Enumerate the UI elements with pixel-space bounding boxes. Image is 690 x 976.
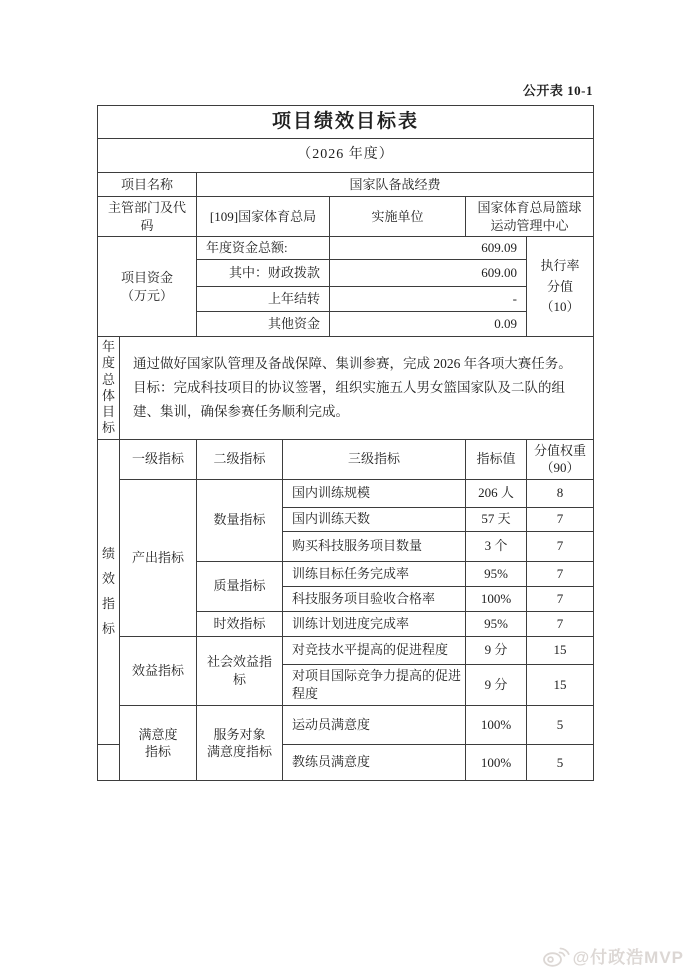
header-level2: 二级指标: [197, 439, 283, 479]
indicator-weight: 7: [527, 531, 594, 561]
header-level1: 一级指标: [120, 439, 197, 479]
project-name-label: 项目名称: [98, 173, 197, 197]
funds-carryover-label: 上年结转: [197, 287, 330, 312]
level1-benefit: 效益指标: [120, 636, 197, 705]
level2-social-benefit: 社会效益指 标: [197, 636, 283, 705]
department-label: 主管部门及代 码: [98, 197, 197, 237]
implementing-unit-label: 实施单位: [330, 197, 466, 237]
watermark-text: @付政浩MVP: [573, 943, 684, 968]
side-column-spacer: [98, 745, 120, 781]
document-page: 公开表 10-1 项目绩效目标表 （2026 年度） 项目名称 国家队备战经费 …: [0, 0, 690, 976]
indicator-weight: 7: [527, 507, 594, 531]
indicator-weight: 8: [527, 479, 594, 507]
indicator-value: 3 个: [466, 531, 527, 561]
corner-label: 公开表 10-1: [523, 80, 593, 99]
indicator-name: 国内训练规模: [283, 479, 466, 507]
indicator-value: 100%: [466, 745, 527, 781]
project-name-value: 国家队备战经费: [197, 173, 594, 197]
indicator-value: 95%: [466, 611, 527, 636]
indicator-weight: 15: [527, 636, 594, 664]
indicator-value: 9 分: [466, 636, 527, 664]
table-year: （2026 年度）: [98, 139, 594, 173]
indicator-name: 运动员满意度: [283, 706, 466, 745]
level2-quality: 质量指标: [197, 561, 283, 611]
watermark: @付政浩MVP: [542, 943, 684, 968]
funds-total-label: 年度资金总额:: [197, 237, 330, 260]
indicator-row: 效益指标 社会效益指 标 对竞技水平提高的促进程度 9 分 15: [98, 636, 594, 664]
funds-total-value: 609.09: [330, 237, 527, 260]
indicator-name: 教练员满意度: [283, 745, 466, 781]
indicator-weight: 7: [527, 561, 594, 586]
funds-carryover-value: -: [330, 287, 527, 312]
indicator-name: 国内训练天数: [283, 507, 466, 531]
funds-other-value: 0.09: [330, 312, 527, 337]
indicator-value: 57 天: [466, 507, 527, 531]
header-weight: 分值权重 （90）: [527, 439, 594, 479]
implementing-unit-value: 国家体育总局篮球 运动管理中心: [466, 197, 594, 237]
indicator-value: 100%: [466, 706, 527, 745]
funds-other-label: 其他资金: [197, 312, 330, 337]
annual-goal-text: 通过做好国家队管理及备战保障、集训参赛，完成 2026 年各项大赛任务。目标：完…: [120, 337, 594, 440]
header-value: 指标值: [466, 439, 527, 479]
indicators-side-label: 绩 效 指 标: [98, 439, 120, 744]
funds-fiscal-value: 609.00: [330, 260, 527, 287]
indicator-value: 100%: [466, 586, 527, 611]
indicator-name: 对项目国际竞争力提高的促进程度: [283, 664, 466, 705]
indicator-weight: 7: [527, 611, 594, 636]
table-title: 项目绩效目标表: [98, 106, 594, 139]
indicator-value: 95%: [466, 561, 527, 586]
weibo-logo-icon: [542, 944, 570, 968]
header-level3: 三级指标: [283, 439, 466, 479]
annual-goal-side-label: 年 度 总 体 目 标: [98, 337, 120, 440]
indicator-name: 对竞技水平提高的促进程度: [283, 636, 466, 664]
funds-side-label: 项目资金 （万元）: [98, 237, 197, 337]
indicator-name: 购买科技服务项目数量: [283, 531, 466, 561]
indicator-row: 满意度 指标 服务对象 满意度指标 运动员满意度 100% 5: [98, 706, 594, 745]
indicator-value: 9 分: [466, 664, 527, 705]
indicator-name: 训练计划进度完成率: [283, 611, 466, 636]
performance-target-table: 项目绩效目标表 （2026 年度） 项目名称 国家队备战经费 主管部门及代 码 …: [97, 105, 594, 781]
indicator-row: 产出指标 数量指标 国内训练规模 206 人 8: [98, 479, 594, 507]
execution-rate-label: 执行率 分值 （10）: [527, 237, 594, 337]
department-value: [109]国家体育总局: [197, 197, 330, 237]
indicator-weight: 7: [527, 586, 594, 611]
level1-satisfaction: 满意度 指标: [120, 706, 197, 781]
funds-fiscal-label: 其中：财政拨款: [197, 260, 330, 287]
level2-service-satisfaction: 服务对象 满意度指标: [197, 706, 283, 781]
level2-quantity: 数量指标: [197, 479, 283, 561]
indicator-name: 科技服务项目验收合格率: [283, 586, 466, 611]
indicator-weight: 5: [527, 745, 594, 781]
indicator-name: 训练目标任务完成率: [283, 561, 466, 586]
indicator-weight: 15: [527, 664, 594, 705]
indicator-weight: 5: [527, 706, 594, 745]
indicator-value: 206 人: [466, 479, 527, 507]
level1-output: 产出指标: [120, 479, 197, 636]
level2-timeliness: 时效指标: [197, 611, 283, 636]
